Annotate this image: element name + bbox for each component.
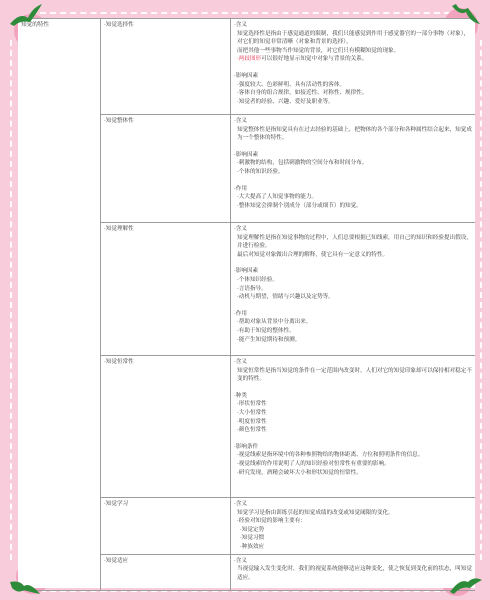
branch-label-learning: ·知觉学习 xyxy=(104,501,128,507)
text: 可以很好地显示知觉中对象与背景的关系。 xyxy=(261,56,367,62)
list-item: ·帮助对象从背景中分离出来。 xyxy=(234,318,472,327)
heading: ·种类 xyxy=(234,392,472,401)
branch-label-wholeness: ·知觉整体性 xyxy=(104,118,134,124)
leaf-icon xyxy=(8,2,48,28)
text: 知觉学习是指由训练引起的知觉成绩的改变或知觉阈限的变化。 xyxy=(234,509,472,518)
detail-cell: ·含义 知觉选择性是指由于感觉通道的限制，我们只能感觉到作用于感觉器官的一部分事… xyxy=(231,19,476,115)
list-item: ·有助于知觉的整体性。 xyxy=(234,327,472,336)
list-item: ·知觉定势 xyxy=(234,526,472,535)
detail-cell: ·含义 当视觉输入发生变化时，我们的视觉系统能够适应这种变化，使之恢复到变化前的… xyxy=(231,554,476,590)
branch-label-adaptation: ·知觉适应 xyxy=(104,558,128,564)
list-item: ·大小恒常性 xyxy=(234,409,472,418)
frame-dash-right xyxy=(480,40,482,560)
list-item: ·客体自身的组合规律，如接近性、对称性、规律性。 xyxy=(234,89,472,98)
list-item: ·研究发现，酒精会破坏大小和形状知觉的恒常性。 xyxy=(234,469,472,478)
leaf-icon xyxy=(448,2,484,28)
list-item: ·种族效应 xyxy=(234,543,472,552)
detail-cell: ·含义 知觉理解性是指在知觉事物的过程中，人们总要根据已知线索，用自己的知识和经… xyxy=(231,223,476,356)
branch-cell: ·知觉学习 xyxy=(101,498,231,555)
list-item: ·明度恒常性 xyxy=(234,418,472,427)
detail-cell: ·含义 知觉恒常性是指当知觉的条件在一定范围内改变时，人们对它的知觉印象却可以保… xyxy=(231,356,476,498)
heading: ·影响因素 xyxy=(234,72,472,81)
heading: ·含义 xyxy=(234,358,472,367)
branch-cell: ·知觉选择性 xyxy=(101,19,231,115)
heading: ·影响条件 xyxy=(234,443,472,452)
heading: ·含义 xyxy=(234,557,472,566)
heading: ·作用 xyxy=(234,185,472,194)
frame-dash-top xyxy=(40,12,450,14)
text: 知觉恒常性是指当知觉的条件在一定范围内改变时，人们对它的知觉印象却可以保持相对稳… xyxy=(234,367,472,384)
list-item: ·视觉线索是指环境中的各种参照物给的物体距离、方位和照明条件的信息。 xyxy=(234,451,472,460)
topic-cell: 知觉的特性 xyxy=(18,19,101,591)
heading: ·含义 xyxy=(234,117,472,126)
heading: ·含义 xyxy=(234,500,472,509)
list-item: ·知觉习惯 xyxy=(234,534,472,543)
list-item: ·大大提高了人知觉事物的能力。 xyxy=(234,193,472,202)
detail-cell: ·含义 知觉整体性是指知觉具有在过去经验的基础上，把物体的各个部分和各种属性结合… xyxy=(231,115,476,223)
branch-cell: ·知觉理解性 xyxy=(101,223,231,356)
list-item: ·视觉线索的作用说明了人的知识经验对恒常性有重要的影响。 xyxy=(234,460,472,469)
branch-label-understanding: ·知觉理解性 xyxy=(104,226,134,232)
mindmap-table: 知觉的特性 ·知觉选择性 ·含义 知觉选择性是指由于感觉通道的限制，我们只能感觉… xyxy=(18,18,475,588)
text: ·经验对知觉的影响主要有： xyxy=(234,517,472,526)
heading: ·含义 xyxy=(234,225,472,234)
text: 最后对知觉对象做出合理的解释，使它具有一定意义的特性。 xyxy=(234,251,472,260)
leaf-icon xyxy=(8,576,44,598)
list-item: ·整体知觉会抑制个别成分（部分或细节）的知觉。 xyxy=(234,202,472,211)
list-item: ·刺激物的结构，包括刺激物的空间分布和时间分布。 xyxy=(234,159,472,168)
text: 当视觉输入发生变化时，我们的视觉系统能够适应这种变化，使之恢复到变化前的状态，叫… xyxy=(234,565,472,582)
list-item: ·形状恒常性 xyxy=(234,400,472,409)
list-item: ·颜色恒常性 xyxy=(234,426,472,435)
text: 而把其他一些事物当作知觉的背景，对它们只有模糊知觉的现象。 xyxy=(234,47,472,56)
list-item: ·动机与期望，情绪与兴趣以及定势等。 xyxy=(234,293,472,302)
highlight-text: ·两歧图形 xyxy=(237,56,261,62)
branch-cell: ·知觉适应 xyxy=(101,554,231,590)
list-item: ·言语指导。 xyxy=(234,285,472,294)
text: 知觉选择性是指由于感觉通道的限制，我们只能感觉到作用于感觉器官的一部分事物（对象… xyxy=(234,30,472,47)
list-item: ·个体知识经验。 xyxy=(234,276,472,285)
text: 知觉整体性是指知觉具有在过去经验的基础上，把物体的各个部分和各种属性结合起来，知… xyxy=(234,126,472,143)
heading: ·含义 xyxy=(234,21,472,30)
branch-label-constancy: ·知觉恒常性 xyxy=(104,359,134,365)
text: 知觉理解性是指在知觉事物的过程中，人们总要根据已知线索，用自己的知识和经验提出假… xyxy=(234,234,472,251)
branch-cell: ·知觉整体性 xyxy=(101,115,231,223)
branch-cell: ·知觉恒常性 xyxy=(101,356,231,498)
leaf-icon xyxy=(448,574,484,596)
heading: ·影响因素 xyxy=(234,151,472,160)
detail-cell: ·含义 知觉学习是指由训练引起的知觉成绩的改变或知觉阈限的变化。 ·经验对知觉的… xyxy=(231,498,476,555)
branch-label-selectivity: ·知觉选择性 xyxy=(104,22,134,28)
heading: ·影响因素 xyxy=(234,267,472,276)
heading: ·作用 xyxy=(234,310,472,319)
frame-dash-left xyxy=(10,40,12,560)
list-item: ·能产生知觉期待和预测。 xyxy=(234,336,472,345)
list-item: ·强度较大、色彩鲜明、具有活动性的客体。 xyxy=(234,81,472,90)
list-item: ·知觉者的经验、兴趣、爱好及职业等。 xyxy=(234,98,472,107)
list-item: ·个体的知识经验。 xyxy=(234,168,472,177)
